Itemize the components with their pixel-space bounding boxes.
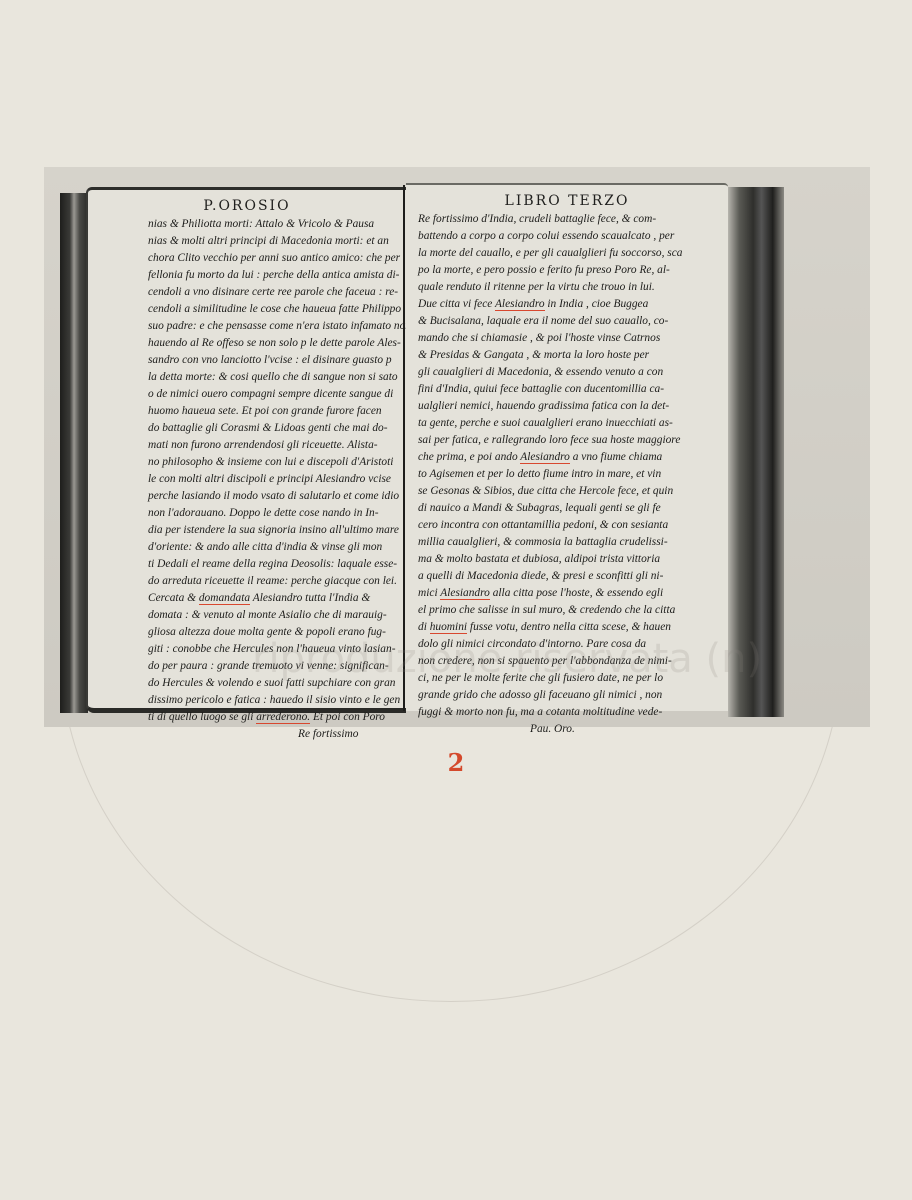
text-line: suo padre: e che pensasse come n'era ist… [148, 318, 406, 335]
left-page-header: P.OROSIO [88, 198, 406, 214]
text-line: millia caualglieri, & commosia la battag… [418, 534, 728, 551]
red-underline-word: arrederono. [256, 711, 310, 724]
text-line: Re fortissimo d'India, crudeli battaglie… [418, 211, 728, 228]
catchword: Pau. Oro. [418, 721, 728, 738]
text-line: huomo haueua sete. Et poi con grande fur… [148, 403, 406, 420]
text-line: fini d'India, quiui fece battaglie con d… [418, 381, 728, 398]
red-underline-word: Alesiandro [440, 587, 490, 600]
text-line: ti di quello luogo se gli arrederono. Et… [148, 709, 406, 726]
text-line: do battaglie gli Corasmi & Lidoas genti … [148, 420, 406, 437]
text-line: a quelli di Macedonia diede, & presi e s… [418, 568, 728, 585]
text-line: battendo a corpo a corpo colui essendo s… [418, 228, 728, 245]
text-line: nias & Philiotta morti: Attalo & Vricolo… [148, 216, 406, 233]
red-underline-word: Alesiandro [520, 451, 570, 464]
text-line: to Agisemen et per lo detto fiume intro … [418, 466, 728, 483]
text-line: grande grido che adosso gli faceuano gli… [418, 687, 728, 704]
right-page: LIBRO TERZO Re fortissimo d'India, crude… [406, 183, 728, 711]
text-line: cendoli a vno disinare certe ree parole … [148, 284, 406, 301]
text-line: el primo che salisse in sul muro, & cred… [418, 602, 728, 619]
text-line: se Gesonas & Sibios, due citta che Herco… [418, 483, 728, 500]
text-line: & Presidas & Gangata , & morta la loro h… [418, 347, 728, 364]
text-line: ma & molto bastata et dubiosa, aldipoi t… [418, 551, 728, 568]
text-line: quale renduto il ritenne per la virtu ch… [418, 279, 728, 296]
right-page-stack-edge [728, 187, 784, 717]
text-line: Cercata & domandata Alesiandro tutta l'I… [148, 590, 406, 607]
text-line: & Bucisalana, laquale era il nome del su… [418, 313, 728, 330]
text-line: ti Dedali el reame della regina Deosolis… [148, 556, 406, 573]
text-line: ci, ne per le molte ferite che gli fusie… [418, 670, 728, 687]
red-underline-word: huomini [430, 621, 467, 634]
text-line: cendoli a similitudine le cose che haueu… [148, 301, 406, 318]
text-line: che prima, e poi ando Alesiandro a vno f… [418, 449, 728, 466]
text-line: la morte del cauallo, e per gli caualgli… [418, 245, 728, 262]
text-line: sandro con vno lanciotto l'vcise : el di… [148, 352, 406, 369]
text-line: o de nimici ouero compagni sempre dicent… [148, 386, 406, 403]
text-line: cero incontra con ottantamillia pedoni, … [418, 517, 728, 534]
text-line: nias & molti altri principi di Macedonia… [148, 233, 406, 250]
text-line: Due citta vi fece Alesiandro in India , … [418, 296, 728, 313]
text-line: do Hercules & volendo e suoi fatti supch… [148, 675, 406, 692]
left-cover-edge [60, 193, 88, 713]
text-line: fuggi & morto non fu, ma a cotanta molti… [418, 704, 728, 721]
text-line: giti : conobbe che Hercules non l'haueua… [148, 641, 406, 658]
text-line: do arreduta riceuette il reame: perche g… [148, 573, 406, 590]
left-page-text: nias & Philiotta morti: Attalo & Vricolo… [88, 216, 406, 743]
text-line: no philosopho & insieme con lui e discep… [148, 454, 406, 471]
text-line: la detta morte: & cosi quello che di san… [148, 369, 406, 386]
text-line: fellonia fu morto da lui : perche della … [148, 267, 406, 284]
text-line: di huomini fusse votu, dentro nella citt… [418, 619, 728, 636]
text-line: domata : & venuto al monte Asialio che d… [148, 607, 406, 624]
text-line: d'oriente: & ando alle citta d'india & v… [148, 539, 406, 556]
red-underline-word: domandata [199, 592, 250, 605]
text-line: non l'adorauano. Doppo le dette cose nan… [148, 505, 406, 522]
text-line: hauendo al Re offeso se non solo p le de… [148, 335, 406, 352]
text-line: po la morte, e pero possio e ferito fu p… [418, 262, 728, 279]
text-line: chora Clito vecchio per anni suo antico … [148, 250, 406, 267]
red-underline-word: Alesiandro [495, 298, 545, 311]
text-line: perche lasiando il modo vsato di salutar… [148, 488, 406, 505]
text-line: dia per istendere la sua signoria insino… [148, 522, 406, 539]
text-line: gli caualglieri di Macedonia, & essendo … [418, 364, 728, 381]
text-line: ualglieri nemici, hauendo gradissima fat… [418, 398, 728, 415]
text-line: mati non furono arrendendosi gli riceuet… [148, 437, 406, 454]
right-page-text: Re fortissimo d'India, crudeli battaglie… [406, 211, 728, 738]
text-line: gliosa altezza doue molta gente & popoli… [148, 624, 406, 641]
text-line: mando che si chiamasie , & poi l'hoste v… [418, 330, 728, 347]
text-line: do per paura : grande tremuoto vi venne:… [148, 658, 406, 675]
text-line: sai per fatica, e rallegrando loro fece … [418, 432, 728, 449]
catchword: Re fortissimo [148, 726, 406, 743]
text-line: dissimo pericolo e fatica : hauedo il si… [148, 692, 406, 709]
text-line: ta gente, perche e suoi caualglieri eran… [418, 415, 728, 432]
text-line: dolo gli nimici circondato d'intorno. Pa… [418, 636, 728, 653]
right-page-header: LIBRO TERZO [406, 193, 728, 209]
text-line: mici Alesiandro alla citta pose l'hoste,… [418, 585, 728, 602]
text-line: non credere, non si spauento per l'abbon… [418, 653, 728, 670]
text-line: di nauico a Mandi & Subagras, lequali ge… [418, 500, 728, 517]
left-page: P.OROSIO nias & Philiotta morti: Attalo … [86, 187, 406, 713]
page-number: 2 [0, 748, 912, 777]
book-gutter [403, 185, 405, 711]
text-line: le con molti altri discipoli e principi … [148, 471, 406, 488]
book-photograph-plate: P.OROSIO nias & Philiotta morti: Attalo … [44, 167, 870, 727]
